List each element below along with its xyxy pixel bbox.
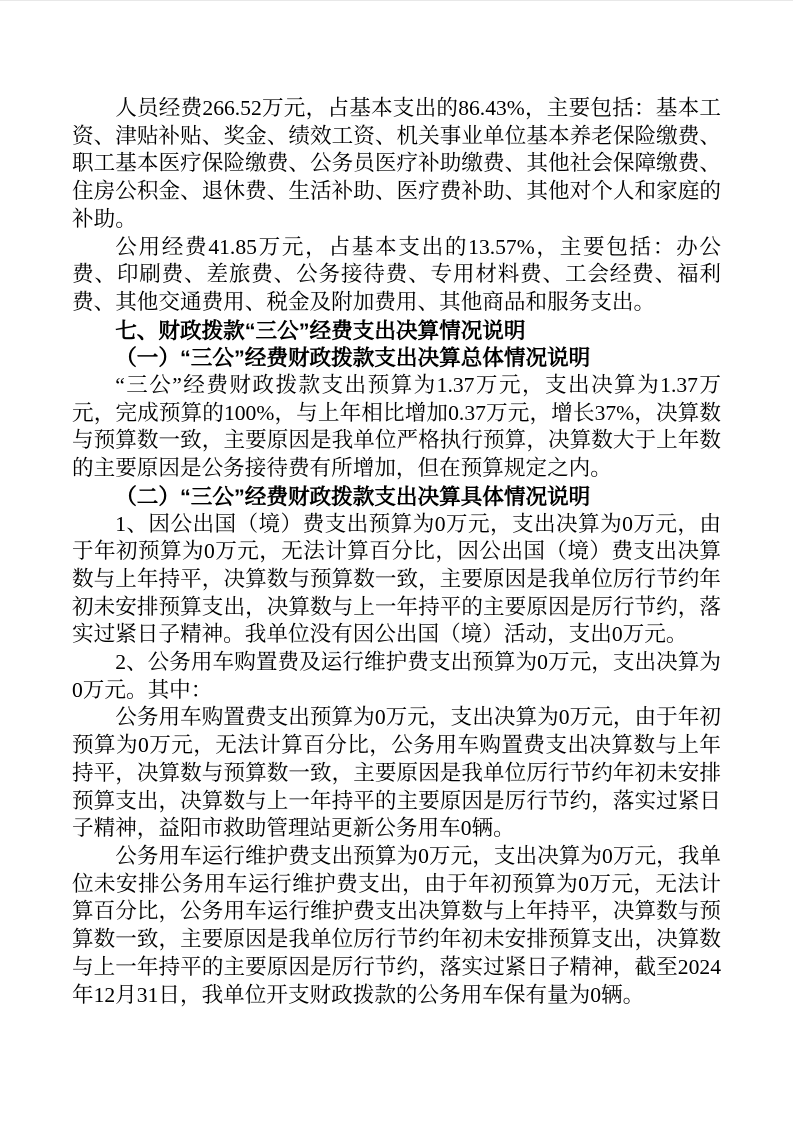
subsection-heading-specific: （二）“三公”经费财政拨款支出决算具体情况说明 bbox=[72, 483, 721, 511]
paragraph-three-public-overview: “三公”经费财政拨款支出预算为1.37万元，支出决算为1.37万元，完成预算的1… bbox=[72, 372, 721, 483]
paragraph-public-expense: 公用经费41.85万元，占基本支出的13.57%，主要包括：办公费、印刷费、差旅… bbox=[72, 234, 721, 317]
paragraph-personnel-expense: 人员经费266.52万元，占基本支出的86.43%，主要包括：基本工资、津贴补贴… bbox=[72, 95, 721, 234]
paragraph-overseas-trip-expense: 1、因公出国（境）费支出预算为0万元，支出决算为0万元，由于年初预算为0万元，无… bbox=[72, 511, 721, 650]
document-page: 人员经费266.52万元，占基本支出的86.43%，主要包括：基本工资、津贴补贴… bbox=[0, 0, 793, 1122]
paragraph-vehicle-expense-total: 2、公务用车购置费及运行维护费支出预算为0万元，支出决算为0万元。其中： bbox=[72, 649, 721, 704]
subsection-heading-overall: （一）“三公”经费财政拨款支出决算总体情况说明 bbox=[72, 344, 721, 372]
paragraph-vehicle-operation-expense: 公务用车运行维护费支出预算为0万元，支出决算为0万元，我单位未安排公务用车运行维… bbox=[72, 843, 721, 1009]
section-heading-seven: 七、财政拨款“三公”经费支出决算情况说明 bbox=[72, 317, 721, 345]
paragraph-vehicle-purchase-expense: 公务用车购置费支出预算为0万元，支出决算为0万元，由于年初预算为0万元，无法计算… bbox=[72, 704, 721, 843]
